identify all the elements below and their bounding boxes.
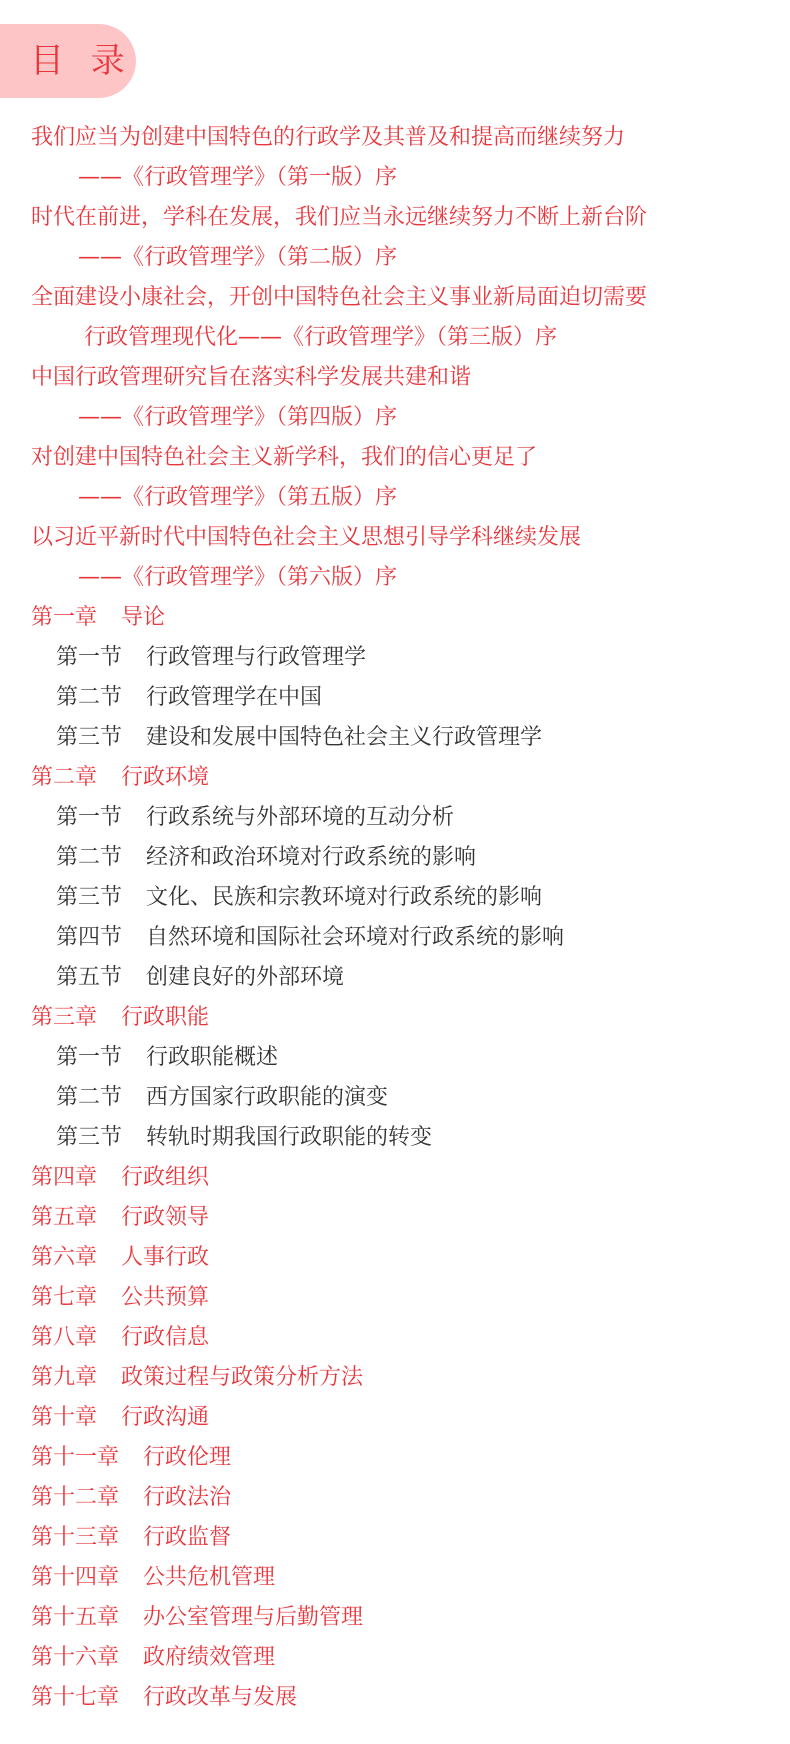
section-number: 第四节 [56,925,122,950]
chapter-title: 行政监督 [143,1525,231,1550]
chapter-title: 行政改革与发展 [143,1685,297,1710]
chapter-title: 公共危机管理 [143,1565,275,1590]
chapter-number: 第十五章 [31,1605,119,1630]
chapter-1-section-2[interactable]: 第二节行政管理学在中国 [0,678,790,718]
preface-3-title[interactable]: 全面建设小康社会，开创中国特色社会主义事业新局面迫切需要 [0,278,790,318]
chapter-number: 第十六章 [31,1645,119,1670]
chapter-number: 第十一章 [31,1445,119,1470]
chapter-11[interactable]: 第十一章行政伦理 [0,1438,790,1478]
section-title: 行政职能概述 [146,1045,278,1070]
chapter-title: 政府绩效管理 [143,1645,275,1670]
chapter-17[interactable]: 第十七章行政改革与发展 [0,1678,790,1718]
chapter-title: 办公室管理与后勤管理 [143,1605,363,1630]
table-of-contents: 我们应当为创建中国特色的行政学及其普及和提高而继续努力 ——《行政管理学》（第一… [0,118,790,1718]
section-number: 第一节 [56,645,122,670]
chapter-title: 行政领导 [121,1205,209,1230]
preface-6-subtitle[interactable]: ——《行政管理学》（第六版）序 [0,558,790,598]
chapter-number: 第二章 [31,765,97,790]
chapter-title: 行政法治 [143,1485,231,1510]
toc-header-pill: 目 录 [0,24,136,98]
chapter-title: 导论 [121,605,165,630]
chapter-number: 第十七章 [31,1685,119,1710]
chapter-9[interactable]: 第九章政策过程与政策分析方法 [0,1358,790,1398]
preface-2-title[interactable]: 时代在前进，学科在发展，我们应当永远继续努力不断上新台阶 [0,198,790,238]
chapter-number: 第四章 [31,1165,97,1190]
chapter-5[interactable]: 第五章行政领导 [0,1198,790,1238]
chapter-12[interactable]: 第十二章行政法治 [0,1478,790,1518]
section-number: 第二节 [56,685,122,710]
chapter-number: 第十章 [31,1405,97,1430]
section-number: 第三节 [56,725,122,750]
chapter-16[interactable]: 第十六章政府绩效管理 [0,1638,790,1678]
preface-3-subtitle[interactable]: 行政管理现代化——《行政管理学》（第三版）序 [0,318,790,358]
chapter-1-section-1[interactable]: 第一节行政管理与行政管理学 [0,638,790,678]
section-title: 转轨时期我国行政职能的转变 [146,1125,432,1150]
chapter-13[interactable]: 第十三章行政监督 [0,1518,790,1558]
section-number: 第二节 [56,1085,122,1110]
chapter-2[interactable]: 第二章行政环境 [0,758,790,798]
chapter-title: 行政环境 [121,765,209,790]
chapter-3-section-1[interactable]: 第一节行政职能概述 [0,1038,790,1078]
chapter-title: 行政组织 [121,1165,209,1190]
section-number: 第一节 [56,1045,122,1070]
chapter-6[interactable]: 第六章人事行政 [0,1238,790,1278]
preface-4-title[interactable]: 中国行政管理研究旨在落实科学发展共建和谐 [0,358,790,398]
chapter-14[interactable]: 第十四章公共危机管理 [0,1558,790,1598]
preface-6-title[interactable]: 以习近平新时代中国特色社会主义思想引导学科继续发展 [0,518,790,558]
preface-5-subtitle[interactable]: ——《行政管理学》（第五版）序 [0,478,790,518]
section-title: 行政系统与外部环境的互动分析 [146,805,454,830]
preface-4-subtitle[interactable]: ——《行政管理学》（第四版）序 [0,398,790,438]
chapter-number: 第十二章 [31,1485,119,1510]
chapter-title: 公共预算 [121,1285,209,1310]
chapter-3-section-3[interactable]: 第三节转轨时期我国行政职能的转变 [0,1118,790,1158]
chapter-2-section-5[interactable]: 第五节创建良好的外部环境 [0,958,790,998]
chapter-title: 行政信息 [121,1325,209,1350]
chapter-8[interactable]: 第八章行政信息 [0,1318,790,1358]
chapter-3[interactable]: 第三章行政职能 [0,998,790,1038]
section-number: 第一节 [56,805,122,830]
chapter-number: 第七章 [31,1285,97,1310]
preface-1-title[interactable]: 我们应当为创建中国特色的行政学及其普及和提高而继续努力 [0,118,790,158]
section-title: 自然环境和国际社会环境对行政系统的影响 [146,925,564,950]
chapter-title: 人事行政 [121,1245,209,1270]
chapter-2-section-1[interactable]: 第一节行政系统与外部环境的互动分析 [0,798,790,838]
chapter-1-section-3[interactable]: 第三节建设和发展中国特色社会主义行政管理学 [0,718,790,758]
section-title: 西方国家行政职能的演变 [146,1085,388,1110]
section-title: 行政管理与行政管理学 [146,645,366,670]
section-number: 第二节 [56,845,122,870]
chapter-number: 第九章 [31,1365,97,1390]
chapter-15[interactable]: 第十五章办公室管理与后勤管理 [0,1598,790,1638]
chapter-number: 第六章 [31,1245,97,1270]
chapter-2-section-3[interactable]: 第三节文化、民族和宗教环境对行政系统的影响 [0,878,790,918]
chapter-1[interactable]: 第一章导论 [0,598,790,638]
chapter-number: 第五章 [31,1205,97,1230]
chapter-title: 行政沟通 [121,1405,209,1430]
chapter-4[interactable]: 第四章行政组织 [0,1158,790,1198]
chapter-2-section-4[interactable]: 第四节自然环境和国际社会环境对行政系统的影响 [0,918,790,958]
chapter-7[interactable]: 第七章公共预算 [0,1278,790,1318]
section-title: 建设和发展中国特色社会主义行政管理学 [146,725,542,750]
chapter-number: 第十四章 [31,1565,119,1590]
preface-1-subtitle[interactable]: ——《行政管理学》（第一版）序 [0,158,790,198]
chapter-title: 行政职能 [121,1005,209,1030]
section-title: 创建良好的外部环境 [146,965,344,990]
chapter-number: 第八章 [31,1325,97,1350]
chapter-3-section-2[interactable]: 第二节西方国家行政职能的演变 [0,1078,790,1118]
chapter-2-section-2[interactable]: 第二节经济和政治环境对行政系统的影响 [0,838,790,878]
preface-2-subtitle[interactable]: ——《行政管理学》（第二版）序 [0,238,790,278]
preface-5-title[interactable]: 对创建中国特色社会主义新学科，我们的信心更足了 [0,438,790,478]
chapter-title: 行政伦理 [143,1445,231,1470]
section-number: 第三节 [56,1125,122,1150]
chapter-number: 第十三章 [31,1525,119,1550]
toc-title: 目 录 [30,44,133,78]
chapter-number: 第三章 [31,1005,97,1030]
section-title: 文化、民族和宗教环境对行政系统的影响 [146,885,542,910]
chapter-number: 第一章 [31,605,97,630]
chapter-10[interactable]: 第十章行政沟通 [0,1398,790,1438]
chapter-title: 政策过程与政策分析方法 [121,1365,363,1390]
section-title: 行政管理学在中国 [146,685,322,710]
section-title: 经济和政治环境对行政系统的影响 [146,845,476,870]
section-number: 第三节 [56,885,122,910]
section-number: 第五节 [56,965,122,990]
